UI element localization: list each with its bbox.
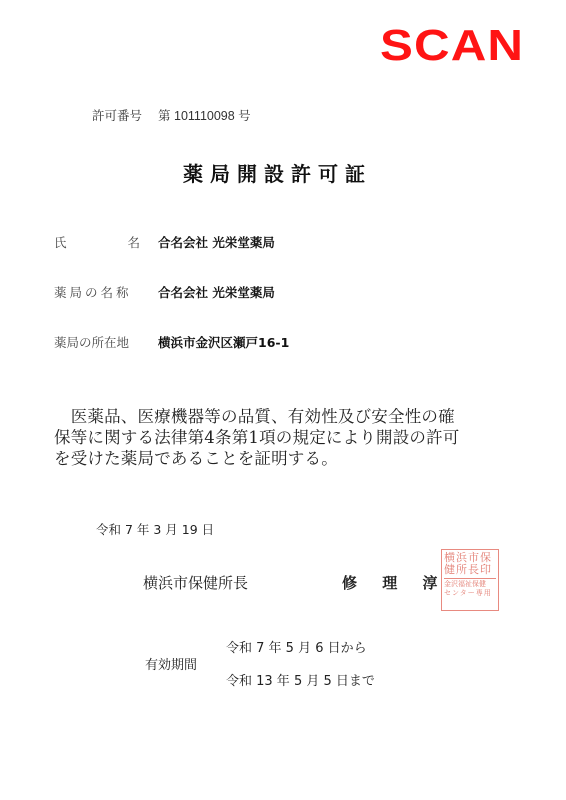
certification-line: 医薬品、医療機器等の品質、有効性及び安全性の確	[54, 406, 524, 427]
document-title: 薬局開設許可証	[183, 158, 372, 187]
field-label-pharmacy-address: 薬局の所在地	[54, 333, 158, 351]
field-label-holder-name: 氏 名	[54, 233, 140, 251]
issuer-name: 修 理 淳	[342, 572, 447, 593]
issuer-title: 横浜市保健所長	[143, 572, 248, 593]
stamp-small-line: 金沢福祉保健	[444, 578, 496, 589]
certification-line: 保等に関する法律第4条第1項の規定により開設の許可	[54, 427, 524, 448]
field-value-pharmacy-address: 横浜市金沢区瀬戸16-1	[158, 335, 289, 350]
validity-to: 令和 13 年 5 月 5 日まで	[226, 670, 375, 689]
field-value-holder-name: 合名会社 光栄堂薬局	[158, 235, 275, 250]
permit-number-value: 第 101110098 号	[158, 109, 251, 123]
field-row-pharmacy-name: 薬局の名称合名会社 光栄堂薬局	[54, 283, 275, 301]
field-value-pharmacy-name: 合名会社 光栄堂薬局	[158, 285, 275, 300]
certification-text: 医薬品、医療機器等の品質、有効性及び安全性の確 保等に関する法律第4条第1項の規…	[54, 406, 524, 469]
permit-number-label: 許可番号	[92, 108, 142, 123]
field-label-part: 名	[127, 233, 140, 251]
stamp-small-line: センター専用	[444, 589, 496, 598]
validity-from: 令和 7 年 5 月 6 日から	[226, 637, 367, 656]
scan-watermark: SCAN	[380, 24, 524, 68]
field-label-part: 氏	[54, 233, 67, 251]
field-row-holder-name: 氏 名 合名会社 光栄堂薬局	[54, 233, 275, 251]
official-seal-stamp: 横浜市保 健所長印 金沢福祉保健 センター専用	[441, 549, 499, 611]
field-label-pharmacy-name: 薬局の名称	[54, 283, 158, 301]
validity-label: 有効期間	[145, 654, 197, 673]
permit-number: 許可番号第 101110098 号	[92, 106, 251, 124]
field-row-pharmacy-address: 薬局の所在地横浜市金沢区瀬戸16-1	[54, 333, 289, 351]
certification-line: を受けた薬局であることを証明する。	[54, 448, 524, 469]
issue-date: 令和 7 年 3 月 19 日	[96, 520, 214, 538]
stamp-line: 健所長印	[444, 564, 496, 576]
